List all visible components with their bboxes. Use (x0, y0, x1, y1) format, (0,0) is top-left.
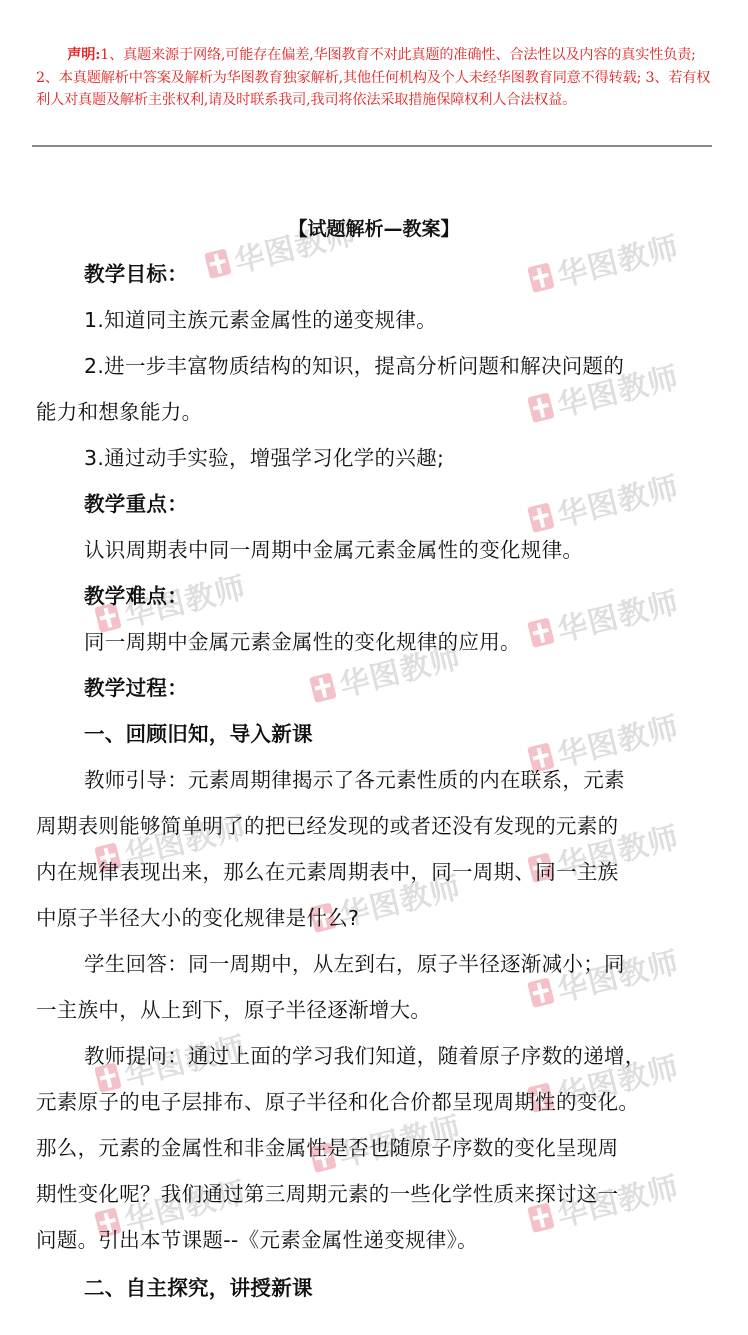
paragraph-line: 同一周期中金属元素金属性的变化规律的应用。 (84, 625, 748, 655)
disclaimer-label: 声明: (67, 47, 100, 63)
paragraph-line: 内在规律表现出来，那么在元素周期表中，同一周期、同一主族 (36, 855, 716, 885)
heading-teaching-process: 教学过程： (84, 671, 748, 701)
divider (32, 145, 712, 147)
paragraph-line: 能力和想象能力。 (36, 395, 716, 425)
disclaimer-text: 1、真题来源于网络,可能存在偏差,华图教育不对此真题的准确性、合法性以及内容的真… (36, 47, 710, 108)
paragraph-line: 周期表则能够简单明了的把已经发现的或者还没有发现的元素的 (36, 809, 716, 839)
paragraph-line: 学生回答：同一周期中，从左到右，原子半径逐渐减小；同 (84, 947, 748, 977)
paragraph-line: 教师引导：元素周期律揭示了各元素性质的内在联系，元素 (84, 763, 748, 793)
heading-difficulties: 教学难点： (84, 579, 748, 609)
paragraph-line: 教师提问：通过上面的学习我们知道，随着原子序数的递增， (84, 1039, 748, 1069)
paragraph-line: 1.知道同主族元素金属性的递变规律。 (84, 303, 748, 333)
document-title: 【试题解析—教案】 (0, 214, 748, 241)
paragraph-line: 元素原子的电子层排布、原子半径和化合价都呈现周期性的变化。 (36, 1085, 716, 1115)
section-heading-1: 一、回顾旧知，导入新课 (84, 717, 748, 747)
paragraph-line: 2.进一步丰富物质结构的知识，提高分析问题和解决问题的 (84, 349, 748, 379)
section-heading-2: 二、自主探究，讲授新课 (84, 1271, 748, 1301)
disclaimer: 声明:1、真题来源于网络,可能存在偏差,华图教育不对此真题的准确性、合法性以及内… (36, 44, 711, 112)
paragraph-line: 一主族中，从上到下，原子半径逐渐增大。 (36, 993, 716, 1023)
paragraph-line: 那么，元素的金属性和非金属性是否也随原子序数的变化呈现周 (36, 1131, 716, 1161)
paragraph-line: 认识周期表中同一周期中金属元素金属性的变化规律。 (84, 533, 748, 563)
paragraph-line: 3.通过动手实验，增强学习化学的兴趣; (84, 441, 748, 471)
paragraph-line: 问题。引出本节课题--《元素金属性递变规律》。 (36, 1223, 716, 1253)
heading-key-points: 教学重点： (84, 487, 748, 517)
paragraph-line: 中原子半径大小的变化规律是什么? (36, 901, 716, 931)
heading-teaching-goals: 教学目标： (84, 257, 748, 287)
paragraph-line: 期性变化呢？我们通过第三周期元素的一些化学性质来探讨这一 (36, 1177, 716, 1207)
